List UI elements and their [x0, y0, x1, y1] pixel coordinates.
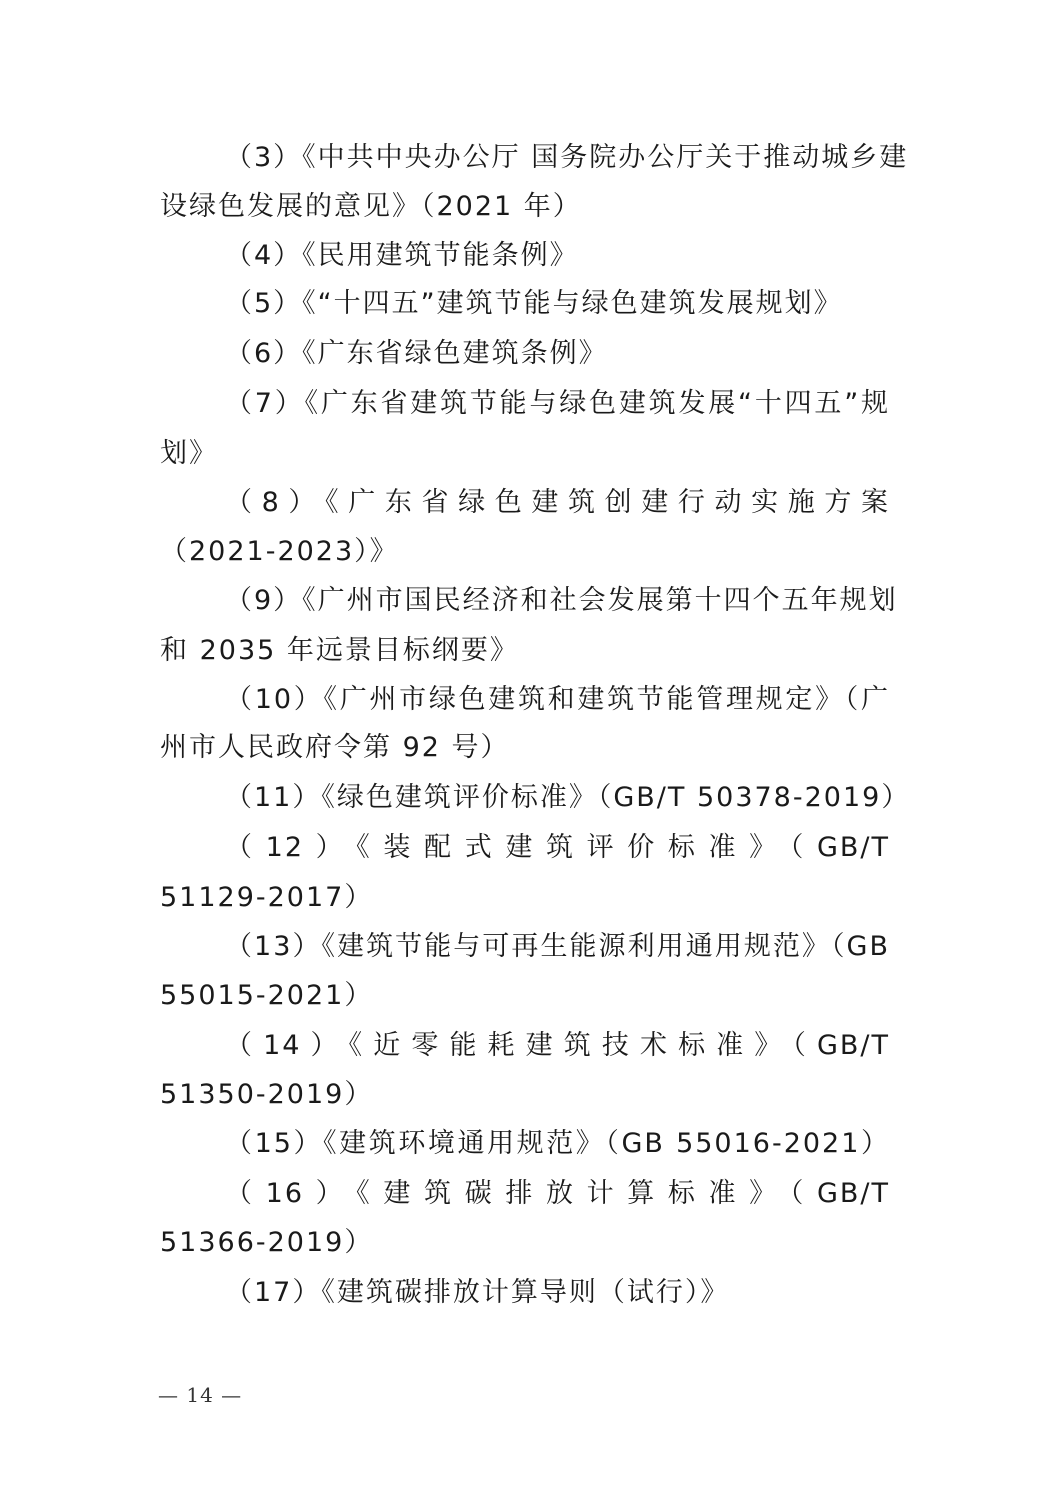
reference-item-continuation: 51366-2019） — [160, 1223, 890, 1263]
reference-item-line: （3）《中共中央办公厅 国务院办公厅关于推动城乡建 — [225, 138, 890, 178]
reference-item-line: （8）《广东省绿色建筑创建行动实施方案 — [225, 483, 890, 523]
reference-item-continuation: 51350-2019） — [160, 1075, 890, 1115]
reference-item-continuation: 州市人民政府令第 92 号） — [160, 728, 890, 768]
reference-item-line: （15）《建筑环境通用规范》（GB 55016-2021） — [225, 1124, 890, 1164]
reference-item-continuation: 设绿色发展的意见》（2021 年） — [160, 187, 890, 227]
reference-item-line: （5）《“十四五”建筑节能与绿色建筑发展规划》 — [225, 284, 890, 324]
reference-item-continuation: 55015-2021） — [160, 976, 890, 1016]
reference-item-continuation: 51129-2017） — [160, 878, 890, 918]
reference-item-line: （13）《建筑节能与可再生能源利用通用规范》（GB — [225, 927, 890, 967]
reference-item-line: （11）《绿色建筑评价标准》（GB/T 50378-2019） — [225, 778, 890, 818]
reference-item-line: （4）《民用建筑节能条例》 — [225, 236, 890, 276]
reference-item-line: （14）《近零能耗建筑技术标准》（GB/T — [225, 1026, 890, 1066]
reference-item-line: （7）《广东省建筑节能与绿色建筑发展“十四五”规 — [225, 384, 890, 424]
reference-item-line: （12）《装配式建筑评价标准》（GB/T — [225, 828, 890, 868]
reference-item-line: （6）《广东省绿色建筑条例》 — [225, 334, 890, 374]
reference-item-line: （16）《建筑碳排放计算标准》（GB/T — [225, 1174, 890, 1214]
reference-item-continuation: 和 2035 年远景目标纲要》 — [160, 631, 890, 671]
reference-item-line: （10）《广州市绿色建筑和建筑节能管理规定》（广 — [225, 680, 890, 720]
reference-item-line: （17）《建筑碳排放计算导则（试行）》 — [225, 1273, 890, 1313]
reference-item-line: （9）《广州市国民经济和社会发展第十四个五年规划 — [225, 581, 890, 621]
reference-item-continuation: 划》 — [160, 434, 890, 474]
page-number: — 14 — — [158, 1383, 242, 1407]
document-page: （3）《中共中央办公厅 国务院办公厅关于推动城乡建设绿色发展的意见》（2021 … — [0, 0, 1050, 1485]
reference-item-continuation: （2021-2023）》 — [160, 532, 890, 572]
